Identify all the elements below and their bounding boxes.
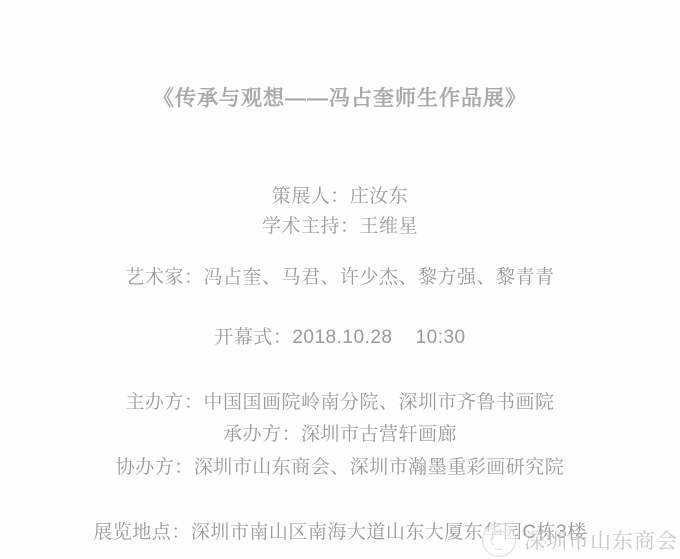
undertaker-line: 承办方：深圳市古营轩画廊	[0, 422, 680, 448]
seal-logo-icon	[482, 523, 516, 557]
exhibition-poster: 《传承与观想——冯占奎师生作品展》 策展人：庄汝东 学术主持：王维星 艺术家：冯…	[0, 0, 680, 559]
opening-ceremony-line: 开幕式：2018.10.28 10:30	[0, 325, 680, 351]
academic-host-line: 学术主持：王维星	[0, 214, 680, 240]
co-organizer-line: 协办方：深圳市山东商会、深圳市瀚墨重彩画研究院	[0, 455, 680, 481]
organizer-line: 主办方：中国国画院岭南分院、深圳市齐鲁书画院	[0, 390, 680, 416]
artists-line: 艺术家：冯占奎、马君、许少杰、黎方强、黎青青	[0, 265, 680, 291]
watermark: 深圳市山东商会	[482, 523, 678, 557]
exhibition-title: 《传承与观想——冯占奎师生作品展》	[0, 86, 680, 112]
curator-line: 策展人：庄汝东	[0, 184, 680, 210]
watermark-text: 深圳市山东商会	[524, 525, 678, 555]
